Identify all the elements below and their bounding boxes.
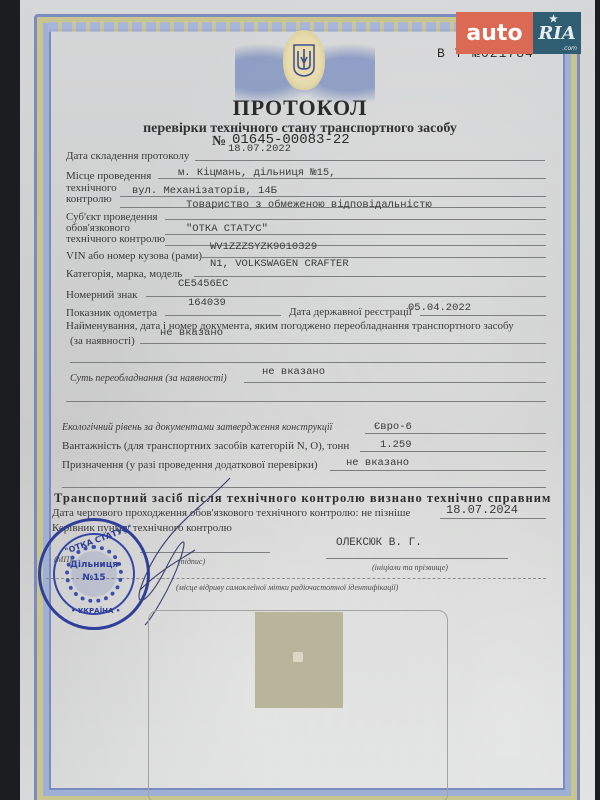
conversion-essence-label: Суть переобладнання (за наявності) [70,373,227,385]
autoria-watermark: auto ★ RIA .com [456,12,581,54]
eco-level-value: Євро-6 [374,421,412,433]
field-line [420,315,546,316]
payload-label: Вантажність (для транспортних засобів ка… [62,440,349,452]
field-line [195,160,545,161]
inspector-name: ОЛЕКСЮК В. Г. [336,537,422,549]
logo-ria-text: RIA [538,23,575,44]
trident-icon [283,30,325,90]
field-line [165,219,546,220]
stamp-center-line2: №15 [41,572,147,585]
plate-value: CE5456EC [178,278,228,290]
stamp-center-line1: Дільниця [41,559,147,572]
vin-value: WV1ZZZSYZK9010329 [210,241,317,253]
field-line [165,234,546,235]
field-line [66,401,546,402]
protocol-date-label: Дата складення протоколу [66,150,189,162]
conversion-doc-label: Найменування, дата і номер документа, як… [66,320,514,332]
stamp-center: Дільниця №15 [41,559,147,585]
rfid-chip-mark [293,652,303,662]
protocol-number: № 01645-00083-22 [212,134,226,150]
star-icon: ★ [549,14,558,25]
odometer-label: Показник одометра [66,307,157,319]
eco-level-label: Екологічний рівень за документами затвер… [62,422,332,434]
subject-value-1: Товариство з обмеженою відповідальністю [186,199,432,211]
field-line [158,178,546,179]
conversion-essence-value: не вказано [262,366,325,378]
location-label-1: Місце проведення [66,170,151,182]
field-line [365,433,546,434]
conversion-doc-value: не вказано [160,327,223,339]
conversion-doc-suffix: (за наявності) [70,335,135,347]
field-line [120,196,546,197]
field-line [70,362,546,363]
field-line [360,451,546,452]
logo-ria: ★ RIA .com [533,12,581,54]
field-line [440,518,546,519]
category-value: N1, VOLKSWAGEN CRAFTER [210,258,349,270]
number-sign: № [212,134,226,149]
field-line [244,382,546,383]
name-caption: (ініціали та прізвище) [372,563,448,572]
subject-label-3: технічного контролю [66,233,165,245]
payload-value: 1.259 [380,439,412,451]
next-check-value: 18.07.2024 [446,503,518,517]
protocol-date-value: 18.07.2022 [228,143,291,155]
registration-date-value: 05.04.2022 [408,302,471,314]
document-title: ПРОТОКОЛ [0,95,600,121]
field-line [194,276,546,277]
signature-scribble-icon [120,470,240,630]
logo-com: .com [562,45,577,52]
field-line [165,315,281,316]
purpose-value: не вказано [346,457,409,469]
vin-label: VIN або номер кузова (рами) [66,250,202,262]
field-line [140,343,546,344]
location-label-3: контролю [66,193,112,205]
logo-auto: auto [456,12,533,54]
category-label: Категорія, марка, модель [66,268,182,280]
registration-date-label: Дата державної реєстрації [289,306,412,318]
odometer-value: 164039 [188,297,226,309]
field-line [330,470,546,471]
plate-label: Номерний знак [66,289,137,301]
stamp-bottom-text: • УКРАЇНА • [71,607,120,615]
name-line [326,558,508,559]
